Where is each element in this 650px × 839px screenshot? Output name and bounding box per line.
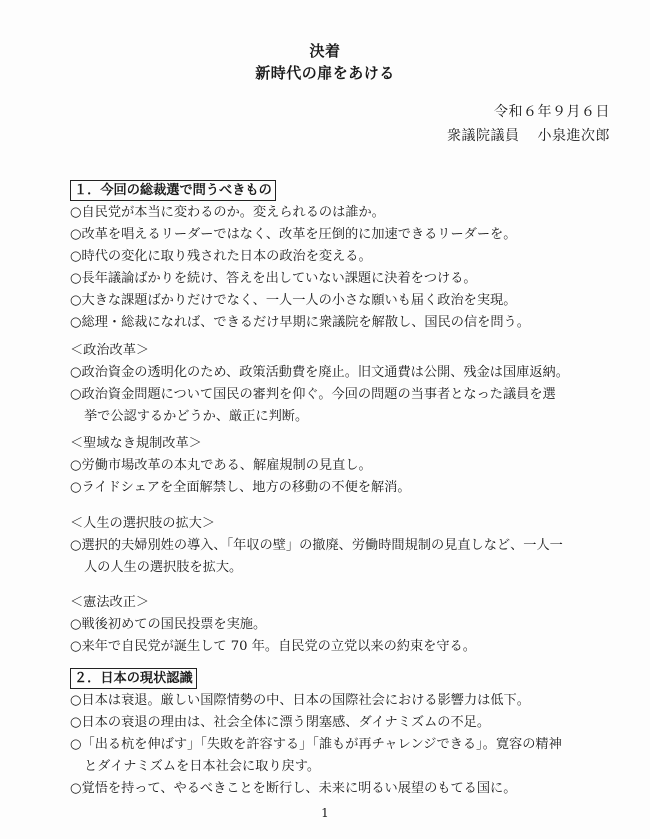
list-item: ○来年で自民党が誕生して 70 年。自民党の立党以来の約束を守る。 xyxy=(70,636,630,658)
list-item-continuation: とダイナミズムを日本社会に取り戻す。 xyxy=(70,756,630,778)
section-2: ２．日本の現状認識 ○日本は衰退。厳しい国際情勢の中、日本の国際社会における影響… xyxy=(70,668,630,800)
section-1: １．今回の総裁選で問うべきもの ○自民党が本当に変わるのか。変えられるのは誰か。… xyxy=(70,180,630,334)
list-item: ○選択的夫婦別姓の導入、「年収の壁」の撤廃、労働時間規制の見直しなど、一人一 xyxy=(70,535,630,557)
list-item-continuation: 挙で公認するかどうか、厳正に判断。 xyxy=(70,406,630,428)
list-item: ○長年議論ばかりを続け、答えを出していない課題に決着をつける。 xyxy=(70,268,630,290)
page-number: 1 xyxy=(0,806,650,820)
list-item: ○「出る杭を伸ばす」「失敗を許容する」「誰もが再チャレンジできる」。寛容の精神 xyxy=(70,734,630,756)
list-item: ○政治資金問題について国民の審判を仰ぐ。今回の問題の当事者となった議員を選 xyxy=(70,384,630,406)
author-role: 衆議院議員 xyxy=(447,128,520,144)
subsection-heading: ＜聖域なき規制改革＞ xyxy=(70,433,630,455)
document-title: 決着 xyxy=(0,40,650,61)
subsection-constitution: ＜憲法改正＞ ○戦後初めての国民投票を実施。 ○来年で自民党が誕生して 70 年… xyxy=(70,592,630,658)
document-subtitle: 新時代の扉をあける xyxy=(0,62,650,83)
subsection-political-reform: ＜政治改革＞ ○政治資金の透明化のため、政策活動費を廃止。旧文通費は公開、残金は… xyxy=(70,340,630,428)
list-item: ○覚悟を持って、やるべきことを断行し、未来に明るい展望のもてる国に。 xyxy=(70,778,630,800)
list-item: ○労働市場改革の本丸である、解雇規制の見直し。 xyxy=(70,455,630,477)
list-item: ○日本は衰退。厳しい国際情勢の中、日本の国際社会における影響力は低下。 xyxy=(70,690,630,712)
document-page: 決着 新時代の扉をあける 令和６年９月６日 衆議院議員小泉進次郎 １．今回の総裁… xyxy=(0,0,650,839)
section-heading: ２．日本の現状認識 xyxy=(70,668,197,689)
list-item: ○ライドシェアを全面解禁し、地方の移動の不便を解消。 xyxy=(70,477,630,499)
subsection-heading: ＜政治改革＞ xyxy=(70,340,630,362)
list-item: ○時代の変化に取り残された日本の政治を変える。 xyxy=(70,246,630,268)
list-item: ○総理・総裁になれば、できるだけ早期に衆議院を解散し、国民の信を問う。 xyxy=(70,312,630,334)
subsection-regulatory-reform: ＜聖域なき規制改革＞ ○労働市場改革の本丸である、解雇規制の見直し。 ○ライドシ… xyxy=(70,433,630,499)
list-item: ○大きな課題ばかりだけでなく、一人一人の小さな願いも届く政治を実現。 xyxy=(70,290,630,312)
subsection-heading: ＜憲法改正＞ xyxy=(70,592,630,614)
list-item-continuation: 人の人生の選択肢を拡大。 xyxy=(70,557,630,579)
subsection-heading: ＜人生の選択肢の拡大＞ xyxy=(70,513,630,535)
list-item: ○戦後初めての国民投票を実施。 xyxy=(70,614,630,636)
section-heading: １．今回の総裁選で問うべきもの xyxy=(70,180,276,201)
list-item: ○政治資金の透明化のため、政策活動費を廃止。旧文通費は公開、残金は国庫返納。 xyxy=(70,362,630,384)
list-item: ○自民党が本当に変わるのか。変えられるのは誰か。 xyxy=(70,202,630,224)
document-author: 衆議院議員小泉進次郎 xyxy=(447,125,610,145)
author-name: 小泉進次郎 xyxy=(538,128,611,144)
document-date: 令和６年９月６日 xyxy=(494,101,610,121)
list-item: ○日本の衰退の理由は、社会全体に漂う閉塞感、ダイナミズムの不足。 xyxy=(70,712,630,734)
subsection-life-choices: ＜人生の選択肢の拡大＞ ○選択的夫婦別姓の導入、「年収の壁」の撤廃、労働時間規制… xyxy=(70,513,630,579)
list-item: ○改革を唱えるリーダーではなく、改革を圧倒的に加速できるリーダーを。 xyxy=(70,224,630,246)
